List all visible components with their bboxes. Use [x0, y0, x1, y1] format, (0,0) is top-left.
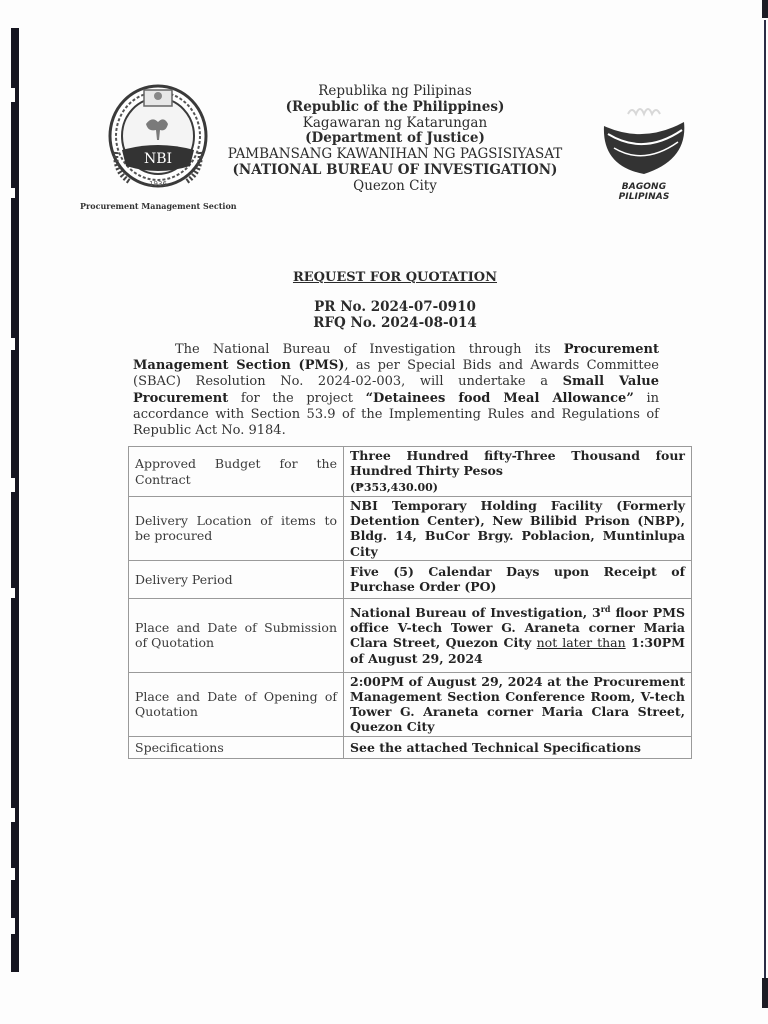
nbi-seal-logo: NBI 1936 [106, 80, 210, 190]
scan-edge-left [11, 28, 19, 972]
row-label: Place and Date of Submission of Quotatio… [129, 598, 344, 672]
letterhead-department: (Department of Justice) [200, 131, 590, 147]
table-row: Delivery Location of items to be procure… [129, 497, 692, 561]
document-title: REQUEST FOR QUOTATION [0, 270, 768, 285]
reference-numbers: PR No. 2024-07-0910 RFQ No. 2024-08-014 [0, 299, 768, 331]
letterhead-nbi: (NATIONAL BUREAU OF INVESTIGATION) [200, 163, 590, 179]
bagong-pilipinas-label: BAGONG PILIPINAS [596, 182, 692, 202]
table-row: Place and Date of Submission of Quotatio… [129, 598, 692, 672]
row-label: Place and Date of Opening of Quotation [129, 672, 344, 736]
deadline-qualifier: not later than [537, 635, 626, 650]
row-value: Five (5) Calendar Days upon Receipt of P… [344, 560, 692, 598]
table-row: Place and Date of Opening of Quotation 2… [129, 672, 692, 736]
document-page: NBI 1936 Republika ng Pilipinas (Republi… [0, 0, 768, 1024]
row-label: Delivery Period [129, 560, 344, 598]
letterhead-republic: (Republic of the Philippines) [200, 100, 590, 116]
row-label: Specifications [129, 736, 344, 758]
bagong-pilipinas-icon [600, 104, 688, 176]
table-row: Approved Budget for the Contract Three H… [129, 447, 692, 497]
letterhead-city: Quezon City [200, 179, 590, 195]
svg-text:NBI: NBI [144, 151, 172, 167]
scan-edge-right [762, 0, 768, 1024]
row-label: Approved Budget for the Contract [129, 447, 344, 497]
table-row: Specifications See the attached Technica… [129, 736, 692, 758]
project-name-bold: “Detainees food Meal Allowance” [366, 391, 634, 406]
section-label: Procurement Management Section [80, 201, 237, 211]
intro-paragraph: The National Bureau of Investigation thr… [133, 342, 659, 439]
row-value: See the attached Technical Specification… [344, 736, 692, 758]
row-label: Delivery Location of items to be procure… [129, 497, 344, 561]
bagong-pilipinas-logo: BAGONG PILIPINAS [596, 104, 692, 192]
letterhead-kagawaran: Kagawaran ng Katarungan [200, 116, 590, 132]
row-value: National Bureau of Investigation, 3rd fl… [344, 598, 692, 672]
rfq-number: RFQ No. 2024-08-014 [0, 315, 768, 331]
row-value: Three Hundred fifty-Three Thousand four … [344, 447, 692, 497]
budget-amount: (₱353,430.00) [350, 481, 438, 494]
pr-number: PR No. 2024-07-0910 [0, 299, 768, 315]
letterhead-pambansang: PAMBANSANG KAWANIHAN NG PAGSISIYASAT [200, 147, 590, 163]
table-row: Delivery Period Five (5) Calendar Days u… [129, 560, 692, 598]
svg-text:1936: 1936 [149, 180, 167, 188]
letterhead-republika: Republika ng Pilipinas [200, 84, 590, 100]
rfq-details-table: Approved Budget for the Contract Three H… [128, 446, 692, 759]
row-value: 2:00PM of August 29, 2024 at the Procure… [344, 672, 692, 736]
letterhead: Republika ng Pilipinas (Republic of the … [200, 84, 590, 195]
row-value: NBI Temporary Holding Facility (Formerly… [344, 497, 692, 561]
